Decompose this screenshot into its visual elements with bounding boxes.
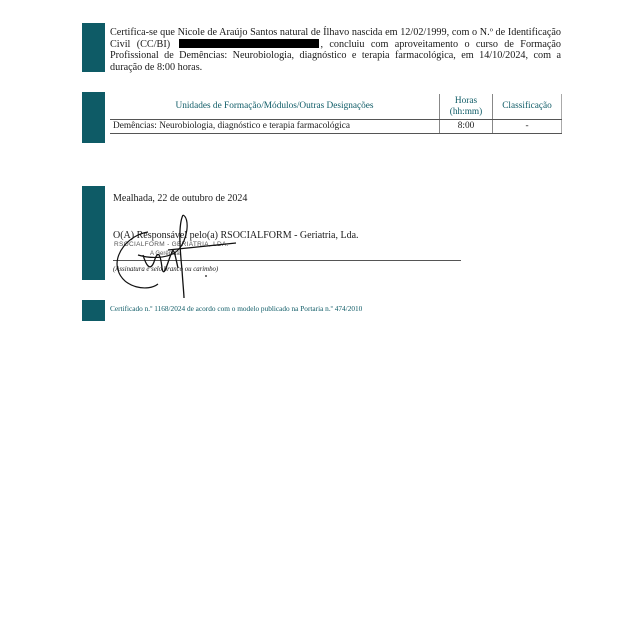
certificate-footer: Certificado n.º 1168/2024 de acordo com … [110,304,362,313]
cell-classification: - [493,120,562,134]
table-row: Demências: Neurobiologia, diagnóstico e … [110,120,562,134]
cell-hours: 8:00 [440,120,493,134]
accent-bar-table [82,92,105,143]
units-table: Unidades de Formação/Módulos/Outras Desi… [110,94,562,134]
accent-bar-intro [82,23,105,72]
header-hours: Horas (hh:mm) [440,94,493,120]
redacted-id [179,39,319,48]
header-units: Unidades de Formação/Módulos/Outras Desi… [110,94,440,120]
table-header-row: Unidades de Formação/Módulos/Outras Desi… [110,94,562,120]
header-classification: Classificação [493,94,562,120]
place-date: Mealhada, 22 de outubro de 2024 [113,193,247,204]
handwritten-signature [108,210,248,300]
accent-bar-footer [82,300,105,321]
cell-unit: Demências: Neurobiologia, diagnóstico e … [110,120,440,134]
certificate-paragraph: Certifica-se que Nicole de Araújo Santos… [110,27,561,73]
accent-bar-signature [82,186,105,280]
